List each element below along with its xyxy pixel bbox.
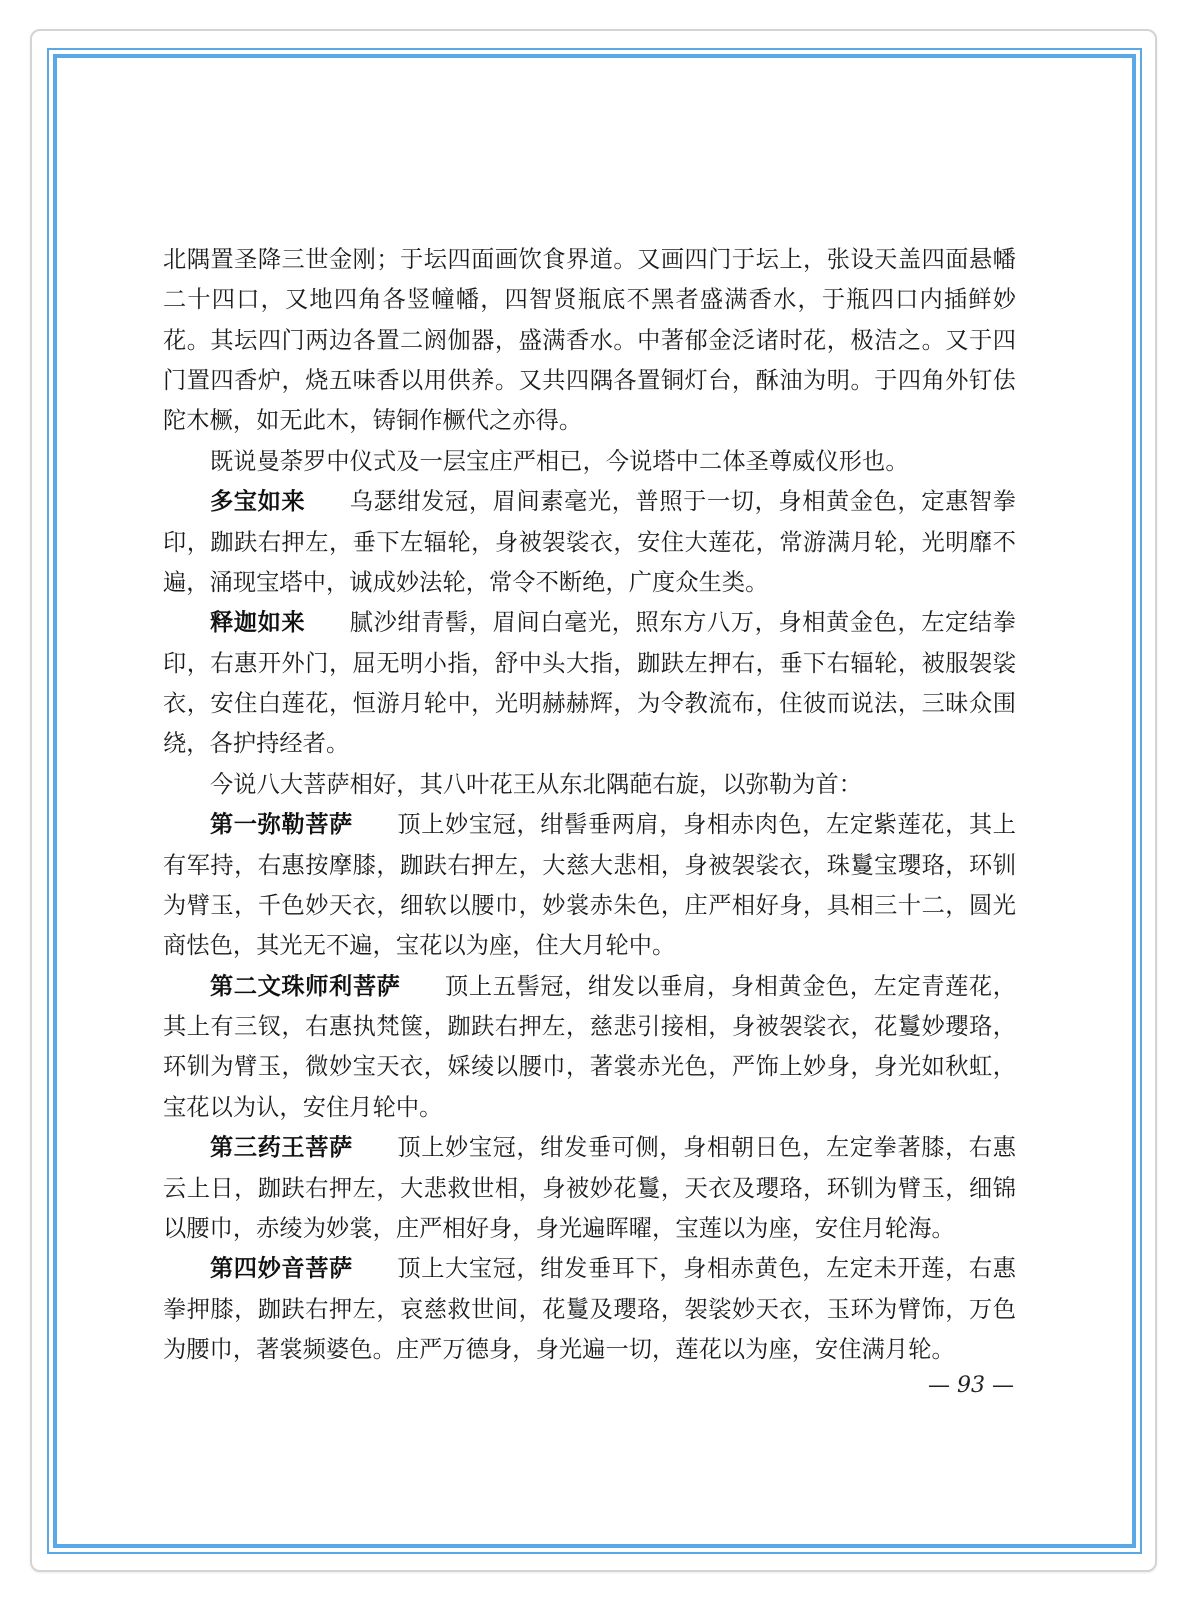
entry-text: 顶上五髻冠，绀发以垂肩，身相黄金色，左定青莲花， [445,973,1016,1000]
text-line: 门置四香炉，烧五味香以用供养。又共四隅各置铜灯台，酥油为明。于四角外钉佉 [163,366,1016,396]
entry-heading: 第一弥勒菩萨 [210,811,353,838]
document-page: 北隅置圣降三世金刚；于坛四面画饮食界道。又画四门于坛上，张设天盖四面悬幡 二十四… [0,0,1188,1602]
entry-text: 顶上妙宝冠，绀发垂可侧，身相朝日色，左定拳著膝，右惠 [397,1134,1016,1161]
entry-first-line: 第三药王菩萨顶上妙宝冠，绀发垂可侧，身相朝日色，左定拳著膝，右惠 [210,1133,1016,1163]
entry-heading: 第三药王菩萨 [210,1134,353,1161]
text-line: 以腰巾，赤绫为妙裳，庄严相好身，身光遍晖曜，宝莲以为座，安住月轮海。 [163,1214,1023,1244]
entry-first-line: 第一弥勒菩萨顶上妙宝冠，绀髻垂两肩，身相赤肉色，左定紫莲花，其上 [210,810,1016,840]
entry-heading: 释迦如来 [210,609,305,636]
entry-text: 乌瑟绀发冠，眉间素毫光，普照于一切，身相黄金色，定惠智拳 [349,488,1016,515]
entry-first-line: 第二文珠师利菩萨顶上五髻冠，绀发以垂肩，身相黄金色，左定青莲花， [210,972,1016,1002]
text-line: 为臂玉，千色妙天衣，细软以腰巾，妙裳赤朱色，庄严相好身，具相三十二，圆光 [163,891,1016,921]
text-line: 北隅置圣降三世金刚；于坛四面画饮食界道。又画四门于坛上，张设天盖四面悬幡 [163,245,1016,275]
text-line: 云上日，跏趺右押左，大悲救世相，身被妙花鬘，天衣及瓔珞，环钏为臂玉，细锦 [163,1174,1016,1204]
entry-first-line: 多宝如来乌瑟绀发冠，眉间素毫光，普照于一切，身相黄金色，定惠智拳 [210,487,1016,517]
text-line: 其上有三钗，右惠执梵箧，跏趺右押左，慈悲引接相，身被袈裟衣，花鬘妙瓔珞， [163,1012,1016,1042]
text-line: 为腰巾，著裳频婆色。庄严万德身，身光遍一切，莲花以为座，安住满月轮。 [163,1335,1023,1365]
text-line: 绕，各护持经者。 [163,729,1023,759]
text-line: 今说八大菩萨相好，其八叶花王从东北隅葩右旋，以弥勒为首： [210,770,1070,800]
text-line: 商怯色，其光无不遍，宝花以为座，住大月轮中。 [163,931,1023,961]
text-line: 衣，安住白莲花，恒游月轮中，光明赫赫辉，为令教流布，住彼而说法，三昧众围 [163,689,1016,719]
text-line: 宝花以为认，安住月轮中。 [163,1093,1023,1123]
entry-text: 顶上大宝冠，绀发垂耳下，身相赤黄色，左定未开莲，右惠 [397,1255,1016,1282]
entry-first-line: 第四妙音菩萨顶上大宝冠，绀发垂耳下，身相赤黄色，左定未开莲，右惠 [210,1254,1016,1284]
text-line: 陀木橛，如无此木，铸铜作橛代之亦得。 [163,406,1023,436]
text-line: 花。其坛四门两边各置二阏伽器，盛满香水。中著郁金泛诸时花，极洁之。又于四 [163,326,1016,356]
entry-heading: 第二文珠师利菩萨 [210,973,401,1000]
entry-heading: 多宝如来 [210,488,305,515]
text-line: 环钏为臂玉，微妙宝天衣，婇绫以腰巾，著裳赤光色，严饰上妙身，身光如秋虹， [163,1052,1016,1082]
entry-text: 顶上妙宝冠，绀髻垂两肩，身相赤肉色，左定紫莲花，其上 [397,811,1016,838]
text-line: 既说曼荼罗中仪式及一层宝庄严相已，今说塔中二体圣尊威仪形也。 [210,447,1070,477]
entry-first-line: 释迦如来腻沙绀青髻，眉间白毫光，照东方八万，身相黄金色，左定结拳 [210,608,1016,638]
text-line: 二十四口，又地四角各竖幢幡，四智贤瓶底不黑者盛满香水，于瓶四口内插鲜妙 [163,285,1016,315]
text-line: 遍，涌现宝塔中，诚成妙法轮，常令不断绝，广度众生类。 [163,568,1023,598]
entry-heading: 第四妙音菩萨 [210,1255,353,1282]
page-number: — 93 — [928,1373,1014,1398]
text-line: 印，跏趺右押左，垂下左辐轮，身被袈裟衣，安住大莲花，常游满月轮，光明靡不 [163,528,1016,558]
text-line: 拳押膝，跏趺右押左，哀慈救世间，花鬘及瓔珞，袈裟妙天衣，玉环为臂饰，万色 [163,1295,1016,1325]
text-line: 有军持，右惠按摩膝，跏趺右押左，大慈大悲相，身被袈裟衣，珠鬘宝瓔珞，环钏 [163,851,1016,881]
entry-text: 腻沙绀青髻，眉间白毫光，照东方八万，身相黄金色，左定结拳 [349,609,1016,636]
text-line: 印，右惠开外门，屈无明小指，舒中头大指，跏趺左押右，垂下右辐轮，被服袈裟 [163,649,1016,679]
